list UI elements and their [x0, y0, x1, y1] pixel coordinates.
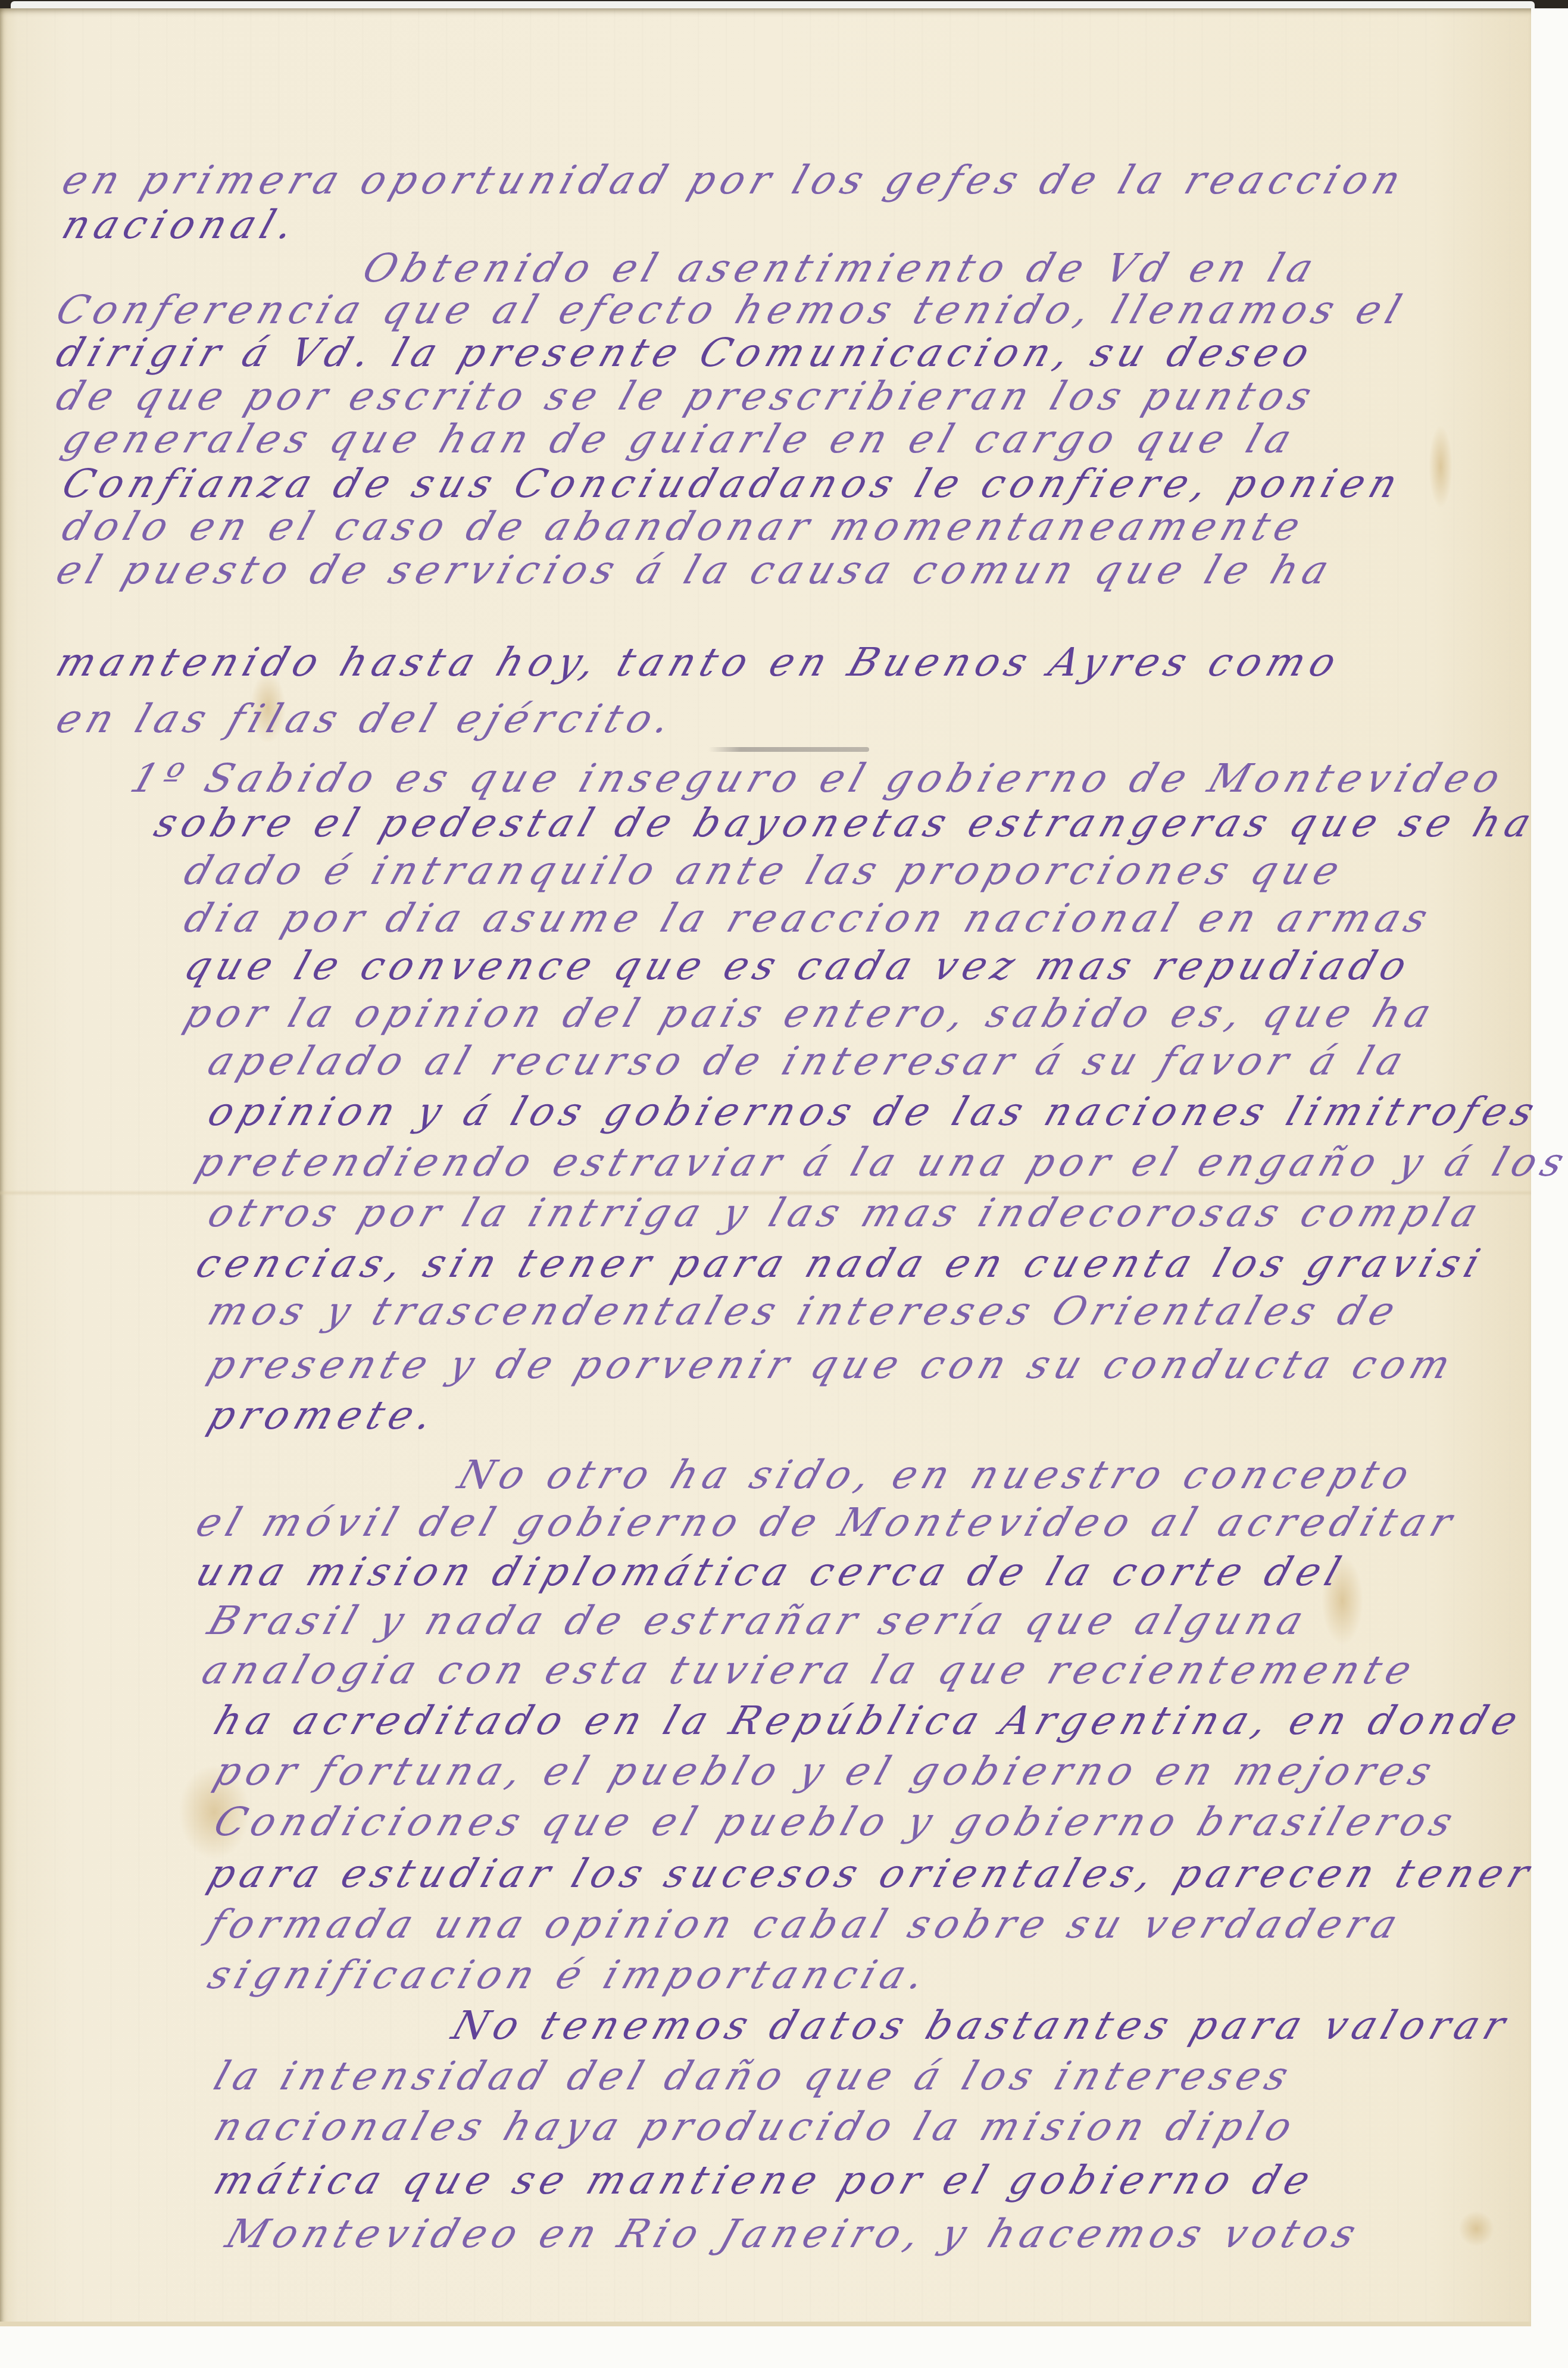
manuscript-line: dirigir á Vd. la presente Comunicacion, … [51, 330, 1321, 376]
manuscript-line: de que por escrito se le prescribieran l… [51, 373, 1323, 419]
manuscript-line: Condiciones que el pueblo y gobierno bra… [208, 1799, 1464, 1845]
manuscript-line: nacionales haya producido la mision dipl… [208, 2104, 1304, 2150]
manuscript-line: en las filas del ejército. [51, 696, 682, 742]
manuscript-line: mática que se mantiene por el gobierno d… [208, 2157, 1322, 2203]
manuscript-line: que le convence que es cada vez mas repu… [179, 943, 1419, 989]
manuscript-line: presente y de porvenir que con su conduc… [202, 1342, 1462, 1388]
manuscript-line: Confianza de sus Conciudadanos le confie… [57, 461, 1409, 507]
manuscript-line: ha acreditado en la República Argentina,… [208, 1698, 1529, 1744]
manuscript-line: Brasil y nada de estrañar sería que algu… [202, 1598, 1315, 1644]
manuscript-line: cencias, sin tener para nada en cuenta l… [190, 1241, 1492, 1286]
manuscript-line: No otro ha sido, en nuestro concepto [452, 1452, 1421, 1498]
manuscript-line: en primera oportunidad por los gefes de … [57, 157, 1413, 203]
manuscript-line: formada una opinion cabal sobre su verda… [202, 1901, 1409, 1947]
manuscript-line: significacion é importancia. [202, 1952, 936, 1998]
manuscript-line: por la opinion del pais entero, sabido e… [179, 991, 1442, 1036]
manuscript-text: en primera oportunidad por los gefes de … [0, 0, 1531, 2368]
manuscript-line: el puesto de servicios á la causa comun … [51, 547, 1341, 593]
manuscript-line: No tenemos datos bastantes para valorar [446, 2003, 1517, 2048]
manuscript-line: Montevideo en Rio Janeiro, y hacemos vot… [220, 2211, 1367, 2257]
manuscript-line: 1º Sabido es que inseguro el gobierno de… [125, 755, 1512, 801]
manuscript-line: mantenido hasta hoy, tanto en Buenos Ayr… [51, 639, 1348, 685]
manuscript-line: Obtenido el asentimiento de Vd en la [357, 245, 1325, 291]
manuscript-line: nacional. [57, 202, 306, 248]
manuscript-line: otros por la intriga y las mas indecoros… [202, 1190, 1489, 1236]
manuscript-line: dado é intranquilo ante las proporciones… [179, 848, 1351, 894]
manuscript-line: para estudiar los sucesos orientales, pa… [202, 1851, 1541, 1897]
manuscript-line: analogia con esta tuviera la que recient… [196, 1647, 1423, 1693]
manuscript-line: opinion y á los gobiernos de las nacione… [202, 1089, 1546, 1135]
manuscript-line: una mision diplomática cerca de la corte… [190, 1549, 1352, 1595]
manuscript-line: promete. [202, 1392, 445, 1438]
manuscript-line: mos y trascendentales intereses Oriental… [202, 1288, 1407, 1334]
manuscript-line: por fortuna, el pueblo y el gobierno en … [208, 1748, 1444, 1794]
manuscript-line: el móvil del gobierno de Montevideo al a… [190, 1499, 1464, 1545]
manuscript-line: generales que han de guiarle en el cargo… [57, 416, 1303, 462]
manuscript-line: dia por dia asume la reaccion nacional e… [179, 895, 1439, 941]
manuscript-line: dolo en el caso de abandonar momentaneam… [57, 504, 1312, 549]
manuscript-line: Conferencia que al efecto hemos tenido, … [51, 287, 1413, 333]
manuscript-line: pretendiendo estraviar á la una por el e… [190, 1139, 1568, 1185]
manuscript-line: sobre el pedestal de bayonetas estranger… [149, 800, 1543, 846]
scan-background-right [1531, 8, 1568, 2368]
manuscript-line: apelado al recurso de interesar á su fav… [202, 1038, 1414, 1084]
manuscript-line: la intensidad del daño que á los interes… [208, 2053, 1300, 2099]
